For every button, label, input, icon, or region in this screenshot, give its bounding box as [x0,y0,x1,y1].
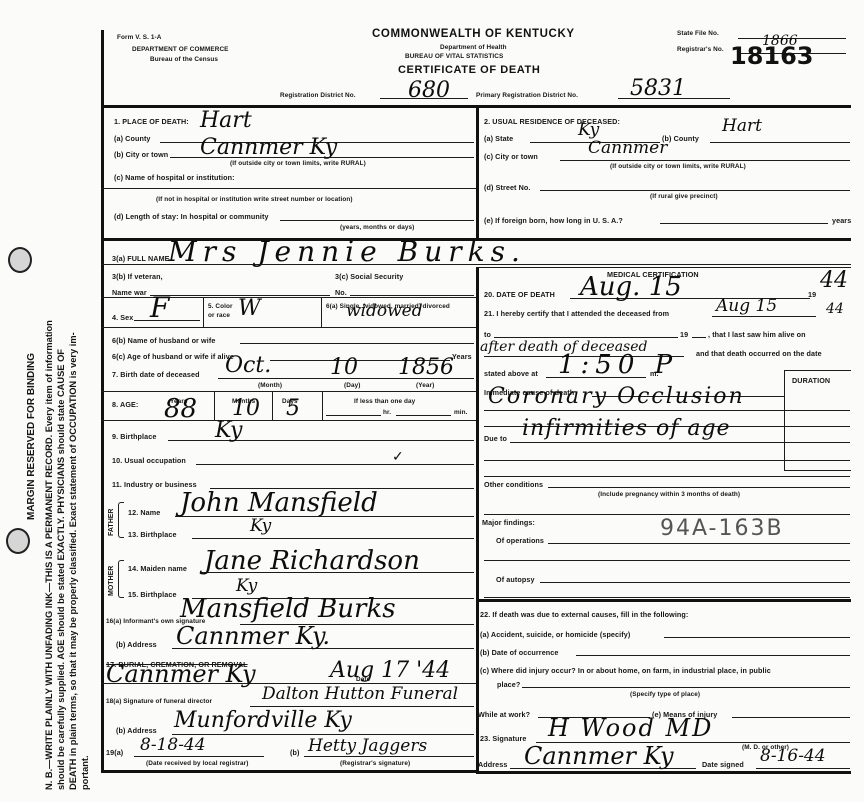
received-label: 19(a) [106,748,123,757]
mother-name-value: Jane Richardson [204,548,420,574]
residence-county-label: (b) County [662,134,699,143]
received-caption: (Date received by local registrar) [146,760,249,767]
form-frame-bottom [101,770,479,773]
director-address-label: (b) Address [116,726,157,735]
certificate-title: CERTIFICATE OF DEATH [398,64,540,76]
birth-year-value: 1856 [398,357,454,379]
major-findings-label: Major findings: [482,518,535,527]
death-city-label: (b) City or town [114,150,168,159]
mother-birthplace-label: 15. Birthplace [128,590,177,599]
attended-to-label: to [484,330,491,339]
primary-district-value: 5831 [630,78,686,100]
attended-from-value: Aug 15 [716,298,777,315]
death-year-value: 44 [820,270,848,292]
hr-label: hr. [383,409,391,416]
marital-value: widowed [346,303,423,320]
reg-district-value: 680 [408,80,450,102]
residence-street-note: (If rural give precinct) [650,193,718,200]
mother-birthplace-value: Ky [236,578,257,595]
commonwealth-title: COMMONWEALTH OF KENTUCKY [372,28,575,40]
death-county-label: (a) County [114,134,151,143]
bureau-census: Bureau of the Census [150,56,218,63]
registrar-no-label: Registrar's No. [677,46,724,53]
father-tag: FATHER [108,509,115,536]
father-birthplace-value: Ky [250,518,271,535]
form-number: Form V. S. 1-A [117,34,162,41]
external-a-label: (a) Accident, suicide, or homicide (spec… [480,630,630,639]
while-at-work-label: While at work? [478,710,530,719]
external-c-label2: place? [497,680,520,689]
father-name-value: John Mansfield [180,490,378,516]
sex-label: 4. Sex [112,313,133,322]
director-address-value: Munfordville Ky [174,710,352,732]
stated-suffix: m. [650,369,659,378]
reg-district-label: Registration District No. [280,92,356,99]
birth-label: 7. Birth date of deceased [112,370,200,379]
month-caption: (Month) [258,382,282,389]
director-label: 18(a) Signature of funeral director [106,698,212,705]
binding-hole-bottom [6,528,30,554]
autopsy-label: Of autopsy [496,575,535,584]
operations-label: Of operations [496,536,544,545]
occupation-check-icon: ✓ [392,448,404,465]
other-conditions-note: (Include pregnancy within 3 months of de… [598,491,740,498]
external-heading: 22. If death was due to external causes,… [480,610,688,619]
stated-time-value: 1:50 P [558,352,678,378]
burial-date-value: Aug 17 '44 [330,660,450,682]
due-to-value: infirmities of age [522,418,731,440]
attended-to-year-prefix: 19 [680,330,688,339]
margin-instructions-3: DEATH in plain terms, so that it may be … [68,332,78,790]
external-c-note: (Specify type of place) [630,691,700,698]
attended-from-year: 44 [826,302,844,316]
color-value: W [238,298,261,320]
death-date-value: Aug. 15 [580,274,682,300]
occupation-label: 10. Usual occupation [112,456,186,465]
mother-name-label: 14. Maiden name [128,564,187,573]
age-months-value: 10 [232,398,260,420]
duration-label: DURATION [792,376,830,385]
signature-value: H Wood MD [548,716,713,740]
color-label: 5. Color or race [208,302,238,320]
death-year-prefix: 19 [808,290,816,299]
spouse-age-label: 6(c) Age of husband or wife if alive [112,352,234,361]
birth-month-value: Oct. [225,355,271,377]
residence-state-value: Ky [578,122,599,139]
burial-place-value: Cannmer Ky [106,662,256,686]
death-date-label: 20. DATE OF DEATH [484,290,555,299]
operations-pencil-note: 94A-163B [660,516,784,541]
signature-address-value: Cannmer Ky [524,744,674,768]
min-label: min. [454,409,468,416]
residence-city-value: Cannmer [588,140,667,157]
residence-street-label: (d) Street No. [484,183,531,192]
external-b-label: (b) Date of occurrence [480,648,558,657]
veteran-label: 3(b) If veteran, [112,272,163,281]
dept-health: Department of Health [440,44,507,51]
father-name-label: 12. Name [128,508,160,517]
residence-city-label: (c) City or town [484,152,538,161]
registrar-no-handwritten: 1866 [762,34,798,48]
date-signed-label: Date signed [702,760,744,769]
age-years-value: 88 [164,396,197,422]
full-name-value: Mrs Jennie Burks. [168,238,526,266]
year-caption: (Year) [416,382,434,389]
attended-label: 21. I hereby certify that I attended the… [484,309,669,318]
death-hospital-label: (c) Name of hospital or institution: [114,173,235,182]
sex-value: F [150,294,169,322]
day-caption: (Day) [344,382,360,389]
occurred-label: and that death occurred on the date [696,349,822,358]
death-city-note: (If outside city or town limits, write R… [230,160,366,167]
lt-day-label: If less than one day [354,398,415,405]
informant-address-label: (b) Address [116,640,157,649]
received-value: 8-18-44 [140,737,206,754]
death-stay-label: (d) Length of stay: In hospital or commu… [114,212,269,221]
residence-heading: 2. USUAL RESIDENCE OF DECEASED: [484,117,620,126]
bureau-vital: BUREAU OF VITAL STATISTICS [405,53,503,60]
residence-foreign-label: (e) If foreign born, how long in U. S. A… [484,216,623,225]
margin-binding-note: MARGIN RESERVED FOR BINDING [26,353,37,520]
last-saw-label: , that I last saw him alive on [708,330,806,339]
ss-label: 3(c) Social Security [335,272,403,281]
due-to-label: Due to [484,434,507,443]
margin-instructions-2: should be carefully supplied. AGE should… [56,349,66,790]
ss-no-label: No. [335,288,347,297]
death-city-value: Cannmer Ky [200,137,337,159]
other-conditions-label: Other conditions [484,480,543,489]
director-value: Dalton Hutton Funeral [262,686,458,703]
dept-commerce: DEPARTMENT OF COMMERCE [132,46,229,53]
signature-address-label: Address [478,760,507,769]
margin-instructions-4: portant. [80,755,90,790]
death-county-value: Hart [200,110,252,132]
informant-value: Mansfield Burks [180,596,396,622]
spouse-label: 6(b) Name of husband or wife [112,336,215,345]
mother-tag: MOTHER [108,566,115,596]
death-hospital-note: (If not in hospital or institution write… [156,196,353,203]
war-label: Name war [112,288,147,297]
father-birthplace-label: 13. Birthplace [128,530,177,539]
birth-day-value: 10 [330,357,358,379]
binding-hole-top [8,247,32,273]
primary-district-label: Primary Registration District No. [476,92,578,99]
form-frame-left [101,30,104,772]
date-signed-value: 8-16-44 [760,748,826,765]
birthplace-value: Ky [215,420,242,442]
place-of-death-heading: 1. PLACE OF DEATH: [114,117,189,126]
residence-city-note: (If outside city or town limits, write R… [610,163,746,170]
age-days-value: 5 [286,398,300,420]
state-file-label: State File No. [677,30,719,37]
registrar-sig-caption: (Registrar's signature) [340,760,410,767]
full-name-label: 3(a) FULL NAME [112,254,170,263]
external-c-label: (c) Where did injury occur? In or about … [480,666,771,675]
registrar-sig-value: Hetty Jaggers [308,738,427,755]
spouse-age-unit: Years [452,352,472,361]
residence-county-value: Hart [722,118,762,135]
informant-address-value: Cannmer Ky. [176,624,330,648]
stated-label: stated above at [484,369,538,378]
registrar-sig-label: (b) [290,748,299,757]
residence-foreign-unit: years [832,216,851,225]
birthplace-label: 9. Birthplace [112,432,156,441]
cause-value: Coronary Occlusion [488,386,745,408]
signature-label: 23. Signature [480,734,526,743]
age-label: 8. AGE: [112,400,138,409]
death-stay-note: (years, months or days) [340,224,414,231]
margin-instructions-1: N. B.—WRITE PLAINLY WITH UNFADING INK—TH… [44,320,54,790]
residence-state-label: (a) State [484,134,513,143]
